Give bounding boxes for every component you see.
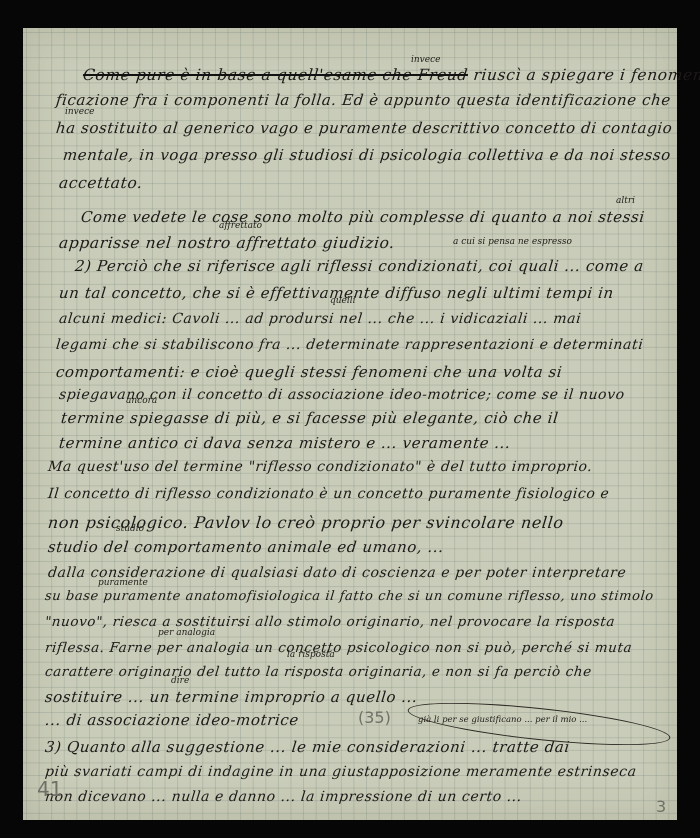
struck-text: Come pure è in base a quell'esame che Fr… xyxy=(82,66,469,84)
interlinear-insert: dire xyxy=(171,676,189,686)
manuscript-line-7: apparisse nel nostro affrettato giudizio… xyxy=(58,234,396,252)
manuscript-line-16: Ma quest'uso del termine "riflesso condi… xyxy=(47,459,593,475)
manuscript-line-27: 3) Quanto alla suggestione ... le mie co… xyxy=(44,738,571,756)
interlinear-insert: invece xyxy=(411,55,440,65)
manuscript-line-14: termine spiegasse di più, e si facesse p… xyxy=(60,409,559,427)
manuscript-line-10: alcuni medici: Cavoli ... ad prodursi ne… xyxy=(58,311,582,327)
manuscript-line-19: studio del comportamento animale ed uman… xyxy=(47,538,445,556)
interlinear-insert: affrettato xyxy=(219,221,262,231)
interlinear-insert: altri xyxy=(616,196,635,206)
manuscript-line-21: su base puramente anatomofisiologica il … xyxy=(44,589,654,604)
manuscript-line-2: ficazione fra i componenti la folla. Ed … xyxy=(55,91,672,109)
manuscript-line-3: ha sostituito al generico vago e puramen… xyxy=(55,119,673,137)
manuscript-line-11: legami che si stabiliscono fra ... deter… xyxy=(55,337,644,353)
manuscript-line-12: comportamenti: e cioè quegli stessi feno… xyxy=(55,363,563,381)
manuscript-line-4: mentale, in voga presso gli studiosi di … xyxy=(62,146,672,164)
manuscript-line-1: Come pure è in base a quell'esame che Fr… xyxy=(82,66,700,84)
interlinear-insert: invece xyxy=(65,107,94,117)
manuscript-line-28: più svariati campi di indagine in una gi… xyxy=(44,764,637,780)
perforated-edge xyxy=(23,26,677,30)
interlinear-insert: per analogia xyxy=(158,628,215,638)
manuscript-paper: Come pure è in base a quell'esame che Fr… xyxy=(23,28,677,820)
interlinear-insert: studio xyxy=(116,524,144,534)
line-continuation: riuscì a spiegare i fenomeni di identi- xyxy=(467,66,700,84)
bracket-number: (35) xyxy=(358,708,391,727)
manuscript-line-23: riflessa. Farne per analogia un concetto… xyxy=(44,640,633,656)
scanned-page-frame: Come pure è in base a quell'esame che Fr… xyxy=(0,0,700,838)
circled-note-text: già li per se giustificano ... per il mi… xyxy=(418,715,587,725)
manuscript-line-25: sostituire ... un termine improprio a qu… xyxy=(44,688,419,706)
manuscript-line-5: accettato. xyxy=(58,174,144,192)
manuscript-line-17: Il concetto di riflesso condizionato è u… xyxy=(47,486,610,502)
manuscript-line-26: ... di associazione ideo-motrice xyxy=(44,711,300,729)
manuscript-line-15: termine antico ci dava senza mistero e .… xyxy=(58,434,512,452)
interlinear-insert: ancora xyxy=(126,396,157,406)
manuscript-line-6: Come vedete le cose sono molto più compl… xyxy=(80,208,646,226)
interlinear-insert: la risposta xyxy=(287,650,335,660)
interlinear-insert: a cui si pensa ne espresso xyxy=(453,237,572,247)
manuscript-line-8: 2) Perciò che si riferisce agli riflessi… xyxy=(74,257,645,275)
interlinear-insert: quelli xyxy=(330,296,356,306)
manuscript-line-24: carattere originario del tutto la rispos… xyxy=(44,664,592,680)
manuscript-line-22: "nuovo", riesca a sostituirsi allo stimo… xyxy=(44,614,616,630)
interlinear-insert: puramente xyxy=(98,578,148,588)
page-number-bottom-left: 41 xyxy=(37,777,62,801)
page-number-bottom-right: 3 xyxy=(656,797,666,816)
manuscript-line-29: non dicevano ... nulla e danno ... la im… xyxy=(44,789,523,805)
